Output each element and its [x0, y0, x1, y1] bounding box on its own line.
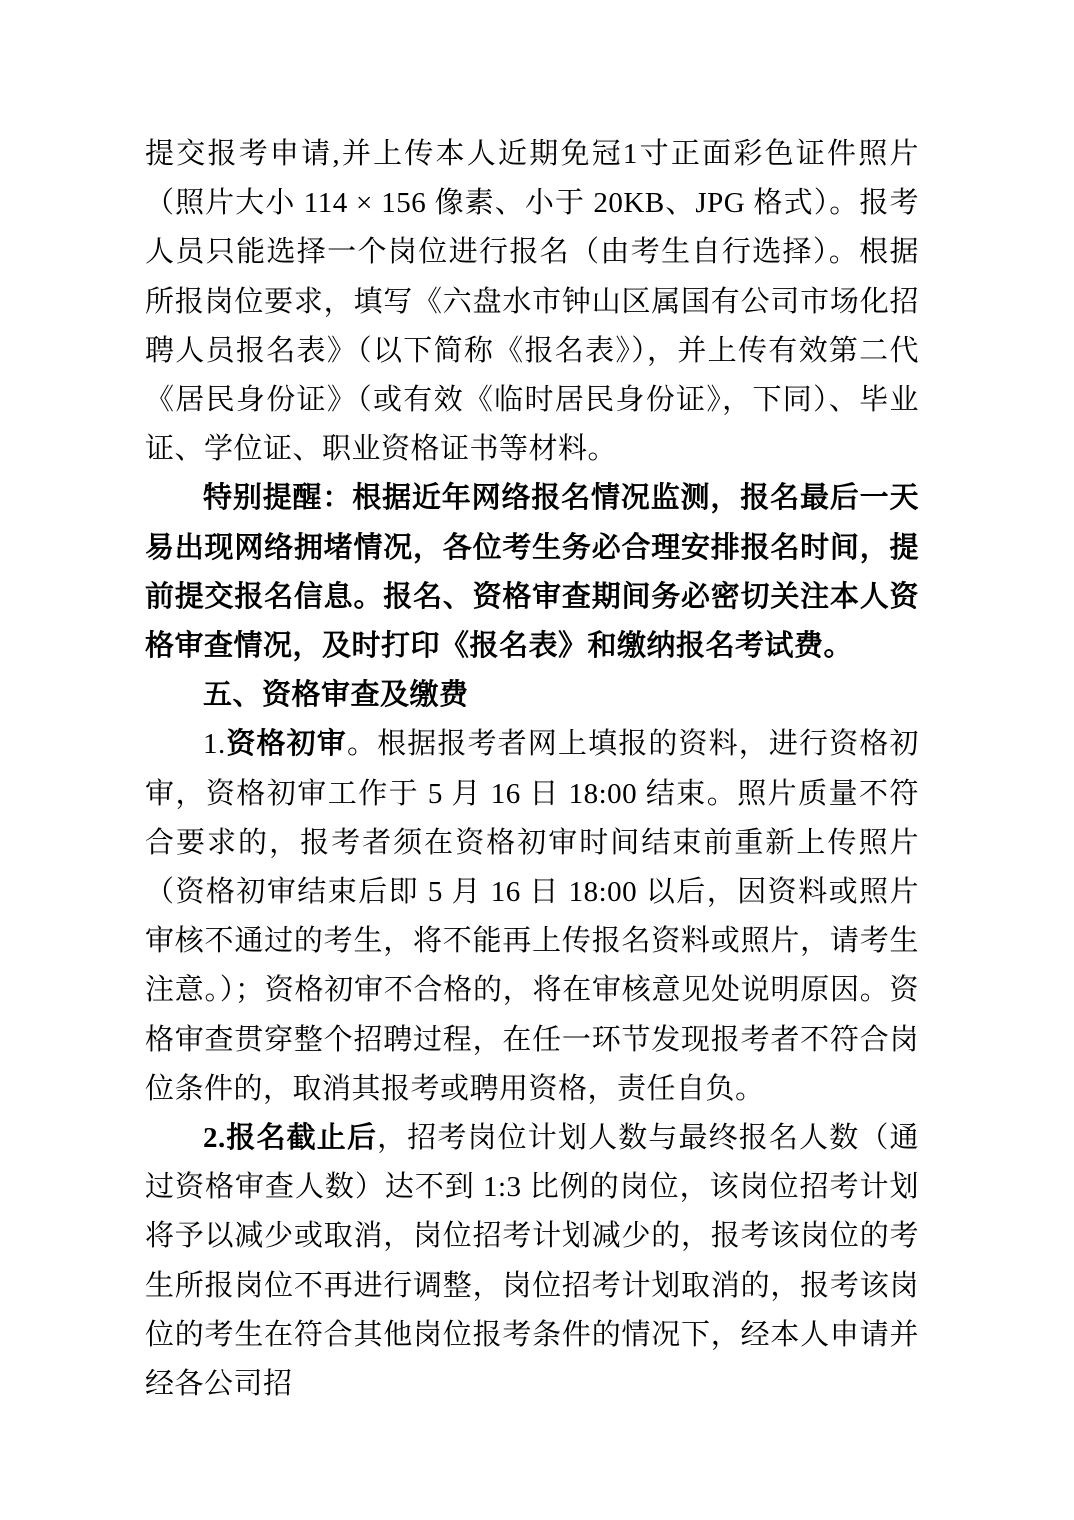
section-heading-qualification-review: 五、资格审查及缴费	[145, 671, 919, 720]
document-page: 提交报考申请,并上传本人近期免冠1寸正面彩色证件照片（照片大小 114 × 15…	[0, 0, 1074, 1520]
paragraph-application-upload-requirements: 提交报考申请,并上传本人近期免冠1寸正面彩色证件照片（照片大小 114 × 15…	[145, 130, 919, 474]
document-body: 提交报考申请,并上传本人近期免冠1寸正面彩色证件照片（照片大小 114 × 15…	[145, 130, 919, 1409]
heading-text: 五、资格审查及缴费	[203, 679, 469, 711]
paragraph-special-reminder: 特别提醒：根据近年网络报名情况监测，报名最后一天易出现网络拥堵情况，各位考生务必…	[145, 474, 919, 671]
paragraph-after-registration-deadline: 2.报名截止后，招考岗位计划人数与最终报名人数（通过资格审查人数）达不到 1:3…	[145, 1114, 919, 1409]
paragraph-text: 。根据报考者网上填报的资料，进行资格初审，资格初审工作于 5 月 16 日 18…	[145, 728, 919, 1104]
paragraph-text: 提交报考申请,并上传本人近期免冠1寸正面彩色证件照片（照片大小 114 × 15…	[145, 138, 919, 465]
paragraph-lead-bold: 2.报名截止后	[203, 1122, 377, 1154]
list-number: 1.	[203, 728, 226, 760]
paragraph-lead-bold: 资格初审	[226, 728, 347, 760]
paragraph-text: ，招考岗位计划人数与最终报名人数（通过资格审查人数）达不到 1:3 比例的岗位，…	[145, 1122, 919, 1400]
paragraph-text-bold: 特别提醒：根据近年网络报名情况监测，报名最后一天易出现网络拥堵情况，各位考生务必…	[145, 482, 919, 662]
paragraph-initial-qualification-review: 1.资格初审。根据报考者网上填报的资料，进行资格初审，资格初审工作于 5 月 1…	[145, 720, 919, 1114]
